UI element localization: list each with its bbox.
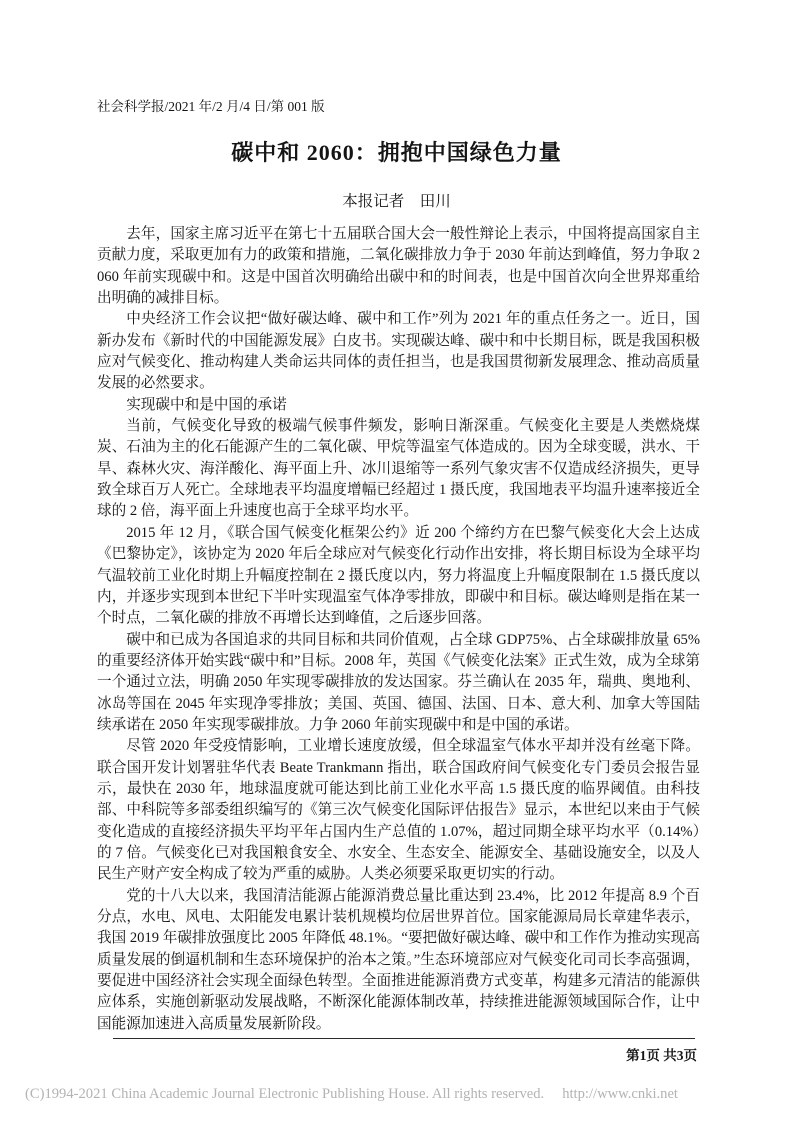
footer-divider [113, 1038, 695, 1039]
copyright-notice: (C)1994-2021 China Academic Journal Elec… [25, 1086, 544, 1102]
article-paragraph: 当前，气候变化导致的极端气候事件频发，影响日渐深重。气候变化主要是人类燃烧煤炭、… [97, 416, 700, 523]
copyright-bar: (C)1994-2021 China Academic Journal Elec… [25, 1086, 770, 1103]
article-paragraph: 2015 年 12 月，《联合国气候变化框架公约》近 200 个缔约方在巴黎气候… [97, 523, 700, 630]
article-title: 碳中和 2060：拥抱中国绿色力量 [0, 136, 793, 167]
article-paragraph: 党的十八大以来，我国清洁能源占能源消费总量比重达到 23.4%，比 2012 年… [97, 886, 700, 1035]
document-page: 社会科学报/2021 年/2 月/4 日/第 001 版 碳中和 2060：拥抱… [0, 0, 793, 1122]
article-paragraph: 实现碳中和是中国的承诺 [97, 395, 700, 416]
article-paragraph: 尽管 2020 年受疫情影响，工业增长速度放缓，但全球温室气体水平却并没有丝毫下… [97, 736, 700, 885]
article-paragraph: 去年，国家主席习近平在第七十五届联合国大会一般性辩论上表示，中国将提高国家自主贡… [97, 224, 700, 309]
copyright-url: http://www.cnki.net [562, 1086, 678, 1102]
article-paragraph: 中央经济工作会议把“做好碳达峰、碳中和工作”列为 2021 年的重点任务之一。近… [97, 309, 700, 394]
publication-source-line: 社会科学报/2021 年/2 月/4 日/第 001 版 [97, 99, 325, 115]
page-indicator: 第1页 共3页 [626, 1044, 697, 1064]
article-body: 去年，国家主席习近平在第七十五届联合国大会一般性辩论上表示，中国将提高国家自主贡… [97, 224, 700, 1035]
article-byline: 本报记者 田川 [0, 189, 793, 211]
article-paragraph: 碳中和已成为各国追求的共同目标和共同价值观，占全球 GDP75%、占全球碳排放量… [97, 630, 700, 737]
